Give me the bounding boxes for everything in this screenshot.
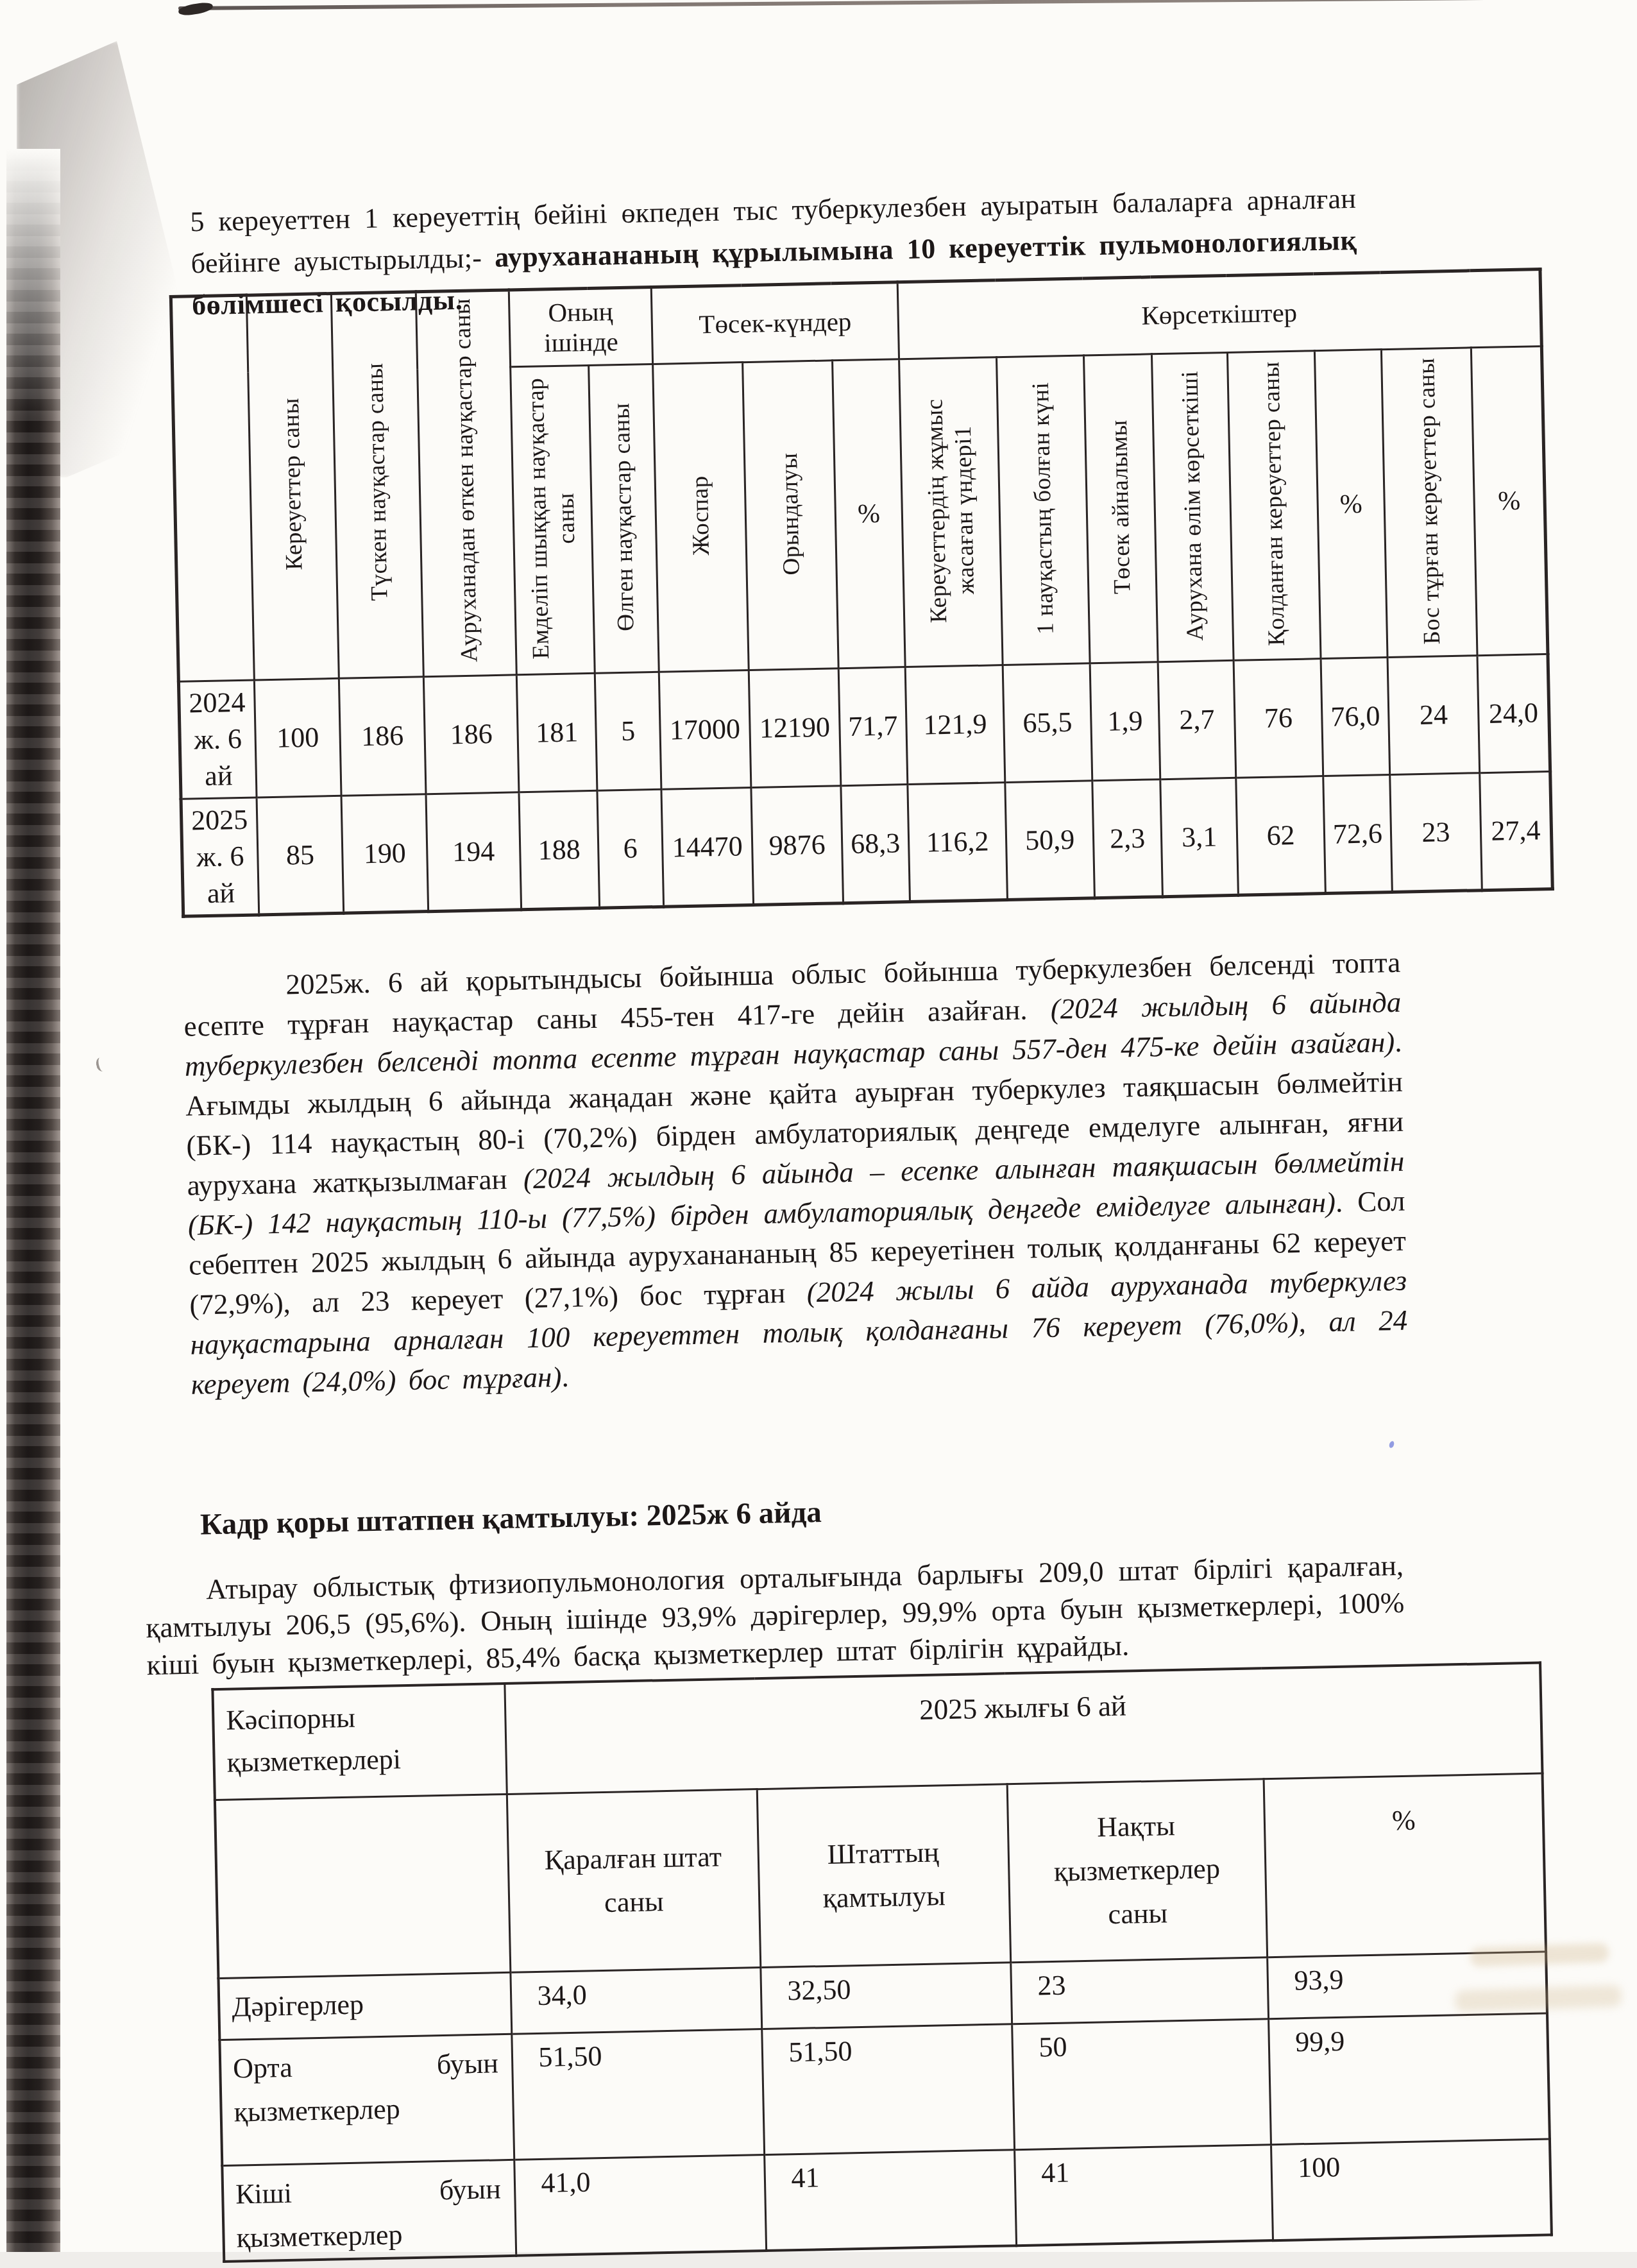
table-cell: 6 [597, 789, 664, 908]
table-cell: 71,7 [838, 667, 908, 786]
column-header-label: Жоспар [686, 475, 715, 556]
table-cell: 190 [341, 794, 428, 913]
table-cell: 68,3 [841, 784, 910, 903]
table-cell: 41,0 [514, 2154, 766, 2252]
table-cell: 194 [426, 792, 522, 911]
bed-statistics-table: Кереуеттер саны Түскен науқастар саны Ау… [169, 268, 1554, 918]
table-cell: 2,7 [1158, 660, 1236, 779]
body-text: . [561, 1361, 569, 1393]
row-label: 2024 ж. 6 ай [178, 680, 257, 799]
column-header: Бос тұрған кереуеттер саны [1381, 348, 1477, 658]
column-header: Орындалуы [743, 361, 839, 670]
staffing-paragraph: Атырау облыстық фтизиопульмонология орта… [145, 1547, 1405, 1684]
corner-empty-cell [171, 295, 254, 681]
table-cell: 24,0 [1477, 654, 1550, 773]
column-header: Жоспар [653, 362, 749, 672]
table-cell: 41 [764, 2149, 1016, 2251]
column-header: Нақты қызметкерлер саны [1007, 1778, 1267, 1962]
table-cell: 65,5 [1003, 663, 1092, 782]
table-cell: 186 [339, 677, 426, 796]
column-header-label: Өлген науқастар саны [607, 403, 640, 632]
table-cell: 9876 [751, 785, 844, 905]
column-header: Төсек айналымы [1084, 354, 1158, 663]
column-header: Қаралған штат саны [507, 1789, 761, 1972]
table-cell: 99,9 [1268, 2013, 1550, 2144]
column-header: Емделіп шыққан науқастар саны [511, 365, 595, 674]
results-paragraph: 2025ж. 6 ай қорытындысы бойынша облыс бо… [183, 942, 1409, 1404]
table-cell: 2,3 [1092, 779, 1163, 898]
table-cell: 181 [516, 673, 597, 792]
table-cell: 116,2 [908, 782, 1008, 902]
table-cell: 1,9 [1090, 662, 1160, 781]
table-cell: 50 [1012, 2018, 1271, 2149]
column-header: Түскен науқастар саны [331, 292, 423, 679]
column-header-percent: % [833, 359, 906, 669]
table-cell: 34,0 [510, 1967, 761, 2034]
table-cell: 3,1 [1160, 778, 1239, 897]
table-cell: 51,50 [511, 2029, 764, 2160]
table-cell: 41 [1014, 2144, 1273, 2246]
staffing-period-header: 2025 жылғы 6 ай [504, 1663, 1542, 1794]
table-cell: 72,6 [1323, 774, 1393, 894]
column-header-label: Орындалуы [776, 452, 806, 576]
group-header-onyng-ishinde: Оның ішінде [509, 287, 652, 366]
table-cell: 12190 [749, 669, 841, 787]
column-header-label: Емделіп шыққан науқастар саны [522, 371, 583, 666]
staffing-table: Кәсіпорны қызметкерлері 2025 жылғы 6 ай … [211, 1662, 1553, 2252]
table-cell: 5 [595, 672, 661, 790]
table-cell: 100 [1271, 2138, 1552, 2240]
staffing-section-heading: Кадр қоры штатпен қамтылуы: 2025ж 6 айда [200, 1495, 822, 1542]
column-header-percent: % [1264, 1773, 1547, 1957]
table-cell: 50,9 [1005, 780, 1095, 900]
group-header-tosek-kunder: Төсек-күндер [651, 282, 899, 364]
table-cell: 14470 [661, 787, 754, 907]
table-cell: 76,0 [1321, 658, 1390, 776]
table-cell: 23 [1390, 772, 1482, 892]
column-header: Кереуеттердің жұмыс жасаған үндері1 [899, 357, 1003, 667]
table-cell: 121,9 [905, 665, 1005, 785]
table-cell: 17000 [659, 670, 751, 789]
table-cell: 85 [257, 796, 344, 915]
column-header-label: Кереуеттер саны [277, 397, 309, 570]
column-header-label: Бос тұрған кереуеттер саны [1412, 357, 1446, 645]
column-header: Қолданған кереуеттер саны [1227, 351, 1321, 661]
column-header-label: Қолданған кереуеттер саны [1257, 362, 1291, 647]
group-header-korsetkishter: Көрсеткіштер [897, 269, 1541, 359]
row-label: Орта буын қызметкерлер [219, 2034, 514, 2165]
table-cell: 76 [1234, 659, 1323, 778]
column-header: Аурухана өлім көрсеткіші [1151, 352, 1234, 661]
column-header-label: Кереуеттердің жұмыс жасаған үндері1 [920, 363, 981, 658]
column-header: Ауруханадан өткен науқастар саны [416, 290, 516, 677]
scanned-document-page: 5 кереуеттен 1 кереуеттің бейіні өкпеден… [0, 0, 1637, 2252]
column-header-label: Ауруханадан өткен науқастар саны [448, 298, 484, 663]
table-cell: 32,50 [760, 1962, 1012, 2029]
row-label: Дәрігерлер [218, 1972, 511, 2040]
row-label: 2025 ж. 6 ай [181, 797, 259, 917]
table-cell: 188 [519, 790, 600, 910]
column-header: Кереуеттер саны [246, 293, 339, 680]
document-content: 5 кереуеттен 1 кереуеттің бейіні өкпеден… [0, 0, 1637, 2252]
column-header-percent: % [1471, 346, 1548, 656]
table-cell: 23 [1010, 1957, 1268, 2024]
column-header: 1 науқастың болған күні [997, 355, 1090, 665]
staffing-subheader-row: Қаралған штат саны Штаттың қамтылуы Нақт… [215, 1773, 1546, 1978]
column-header-label: 1 науқастың болған күні [1027, 382, 1060, 635]
column-header-label: Түскен науқастар саны [361, 363, 394, 602]
table-cell: 27,4 [1480, 771, 1553, 891]
table-cell: 62 [1236, 776, 1326, 895]
column-header: Штаттың қамтылуы [757, 1784, 1011, 1967]
table-cell: 51,50 [761, 2024, 1014, 2154]
column-header-percent: % [1314, 350, 1387, 659]
corner-empty-cell [215, 1794, 510, 1978]
column-header: Өлген науқастар саны [589, 364, 659, 673]
column-header-label: Аурухана өлім көрсеткіші [1176, 370, 1209, 641]
row-label: Кіші буын қызметкерлер [222, 2160, 516, 2252]
table-cell: 100 [254, 678, 341, 797]
table-cell: 24 [1387, 656, 1480, 774]
column-header-label: Төсек айналымы [1105, 420, 1137, 594]
staffing-corner-header: Кәсіпорны қызметкерлері [212, 1684, 506, 1800]
table-cell: 186 [423, 675, 519, 794]
